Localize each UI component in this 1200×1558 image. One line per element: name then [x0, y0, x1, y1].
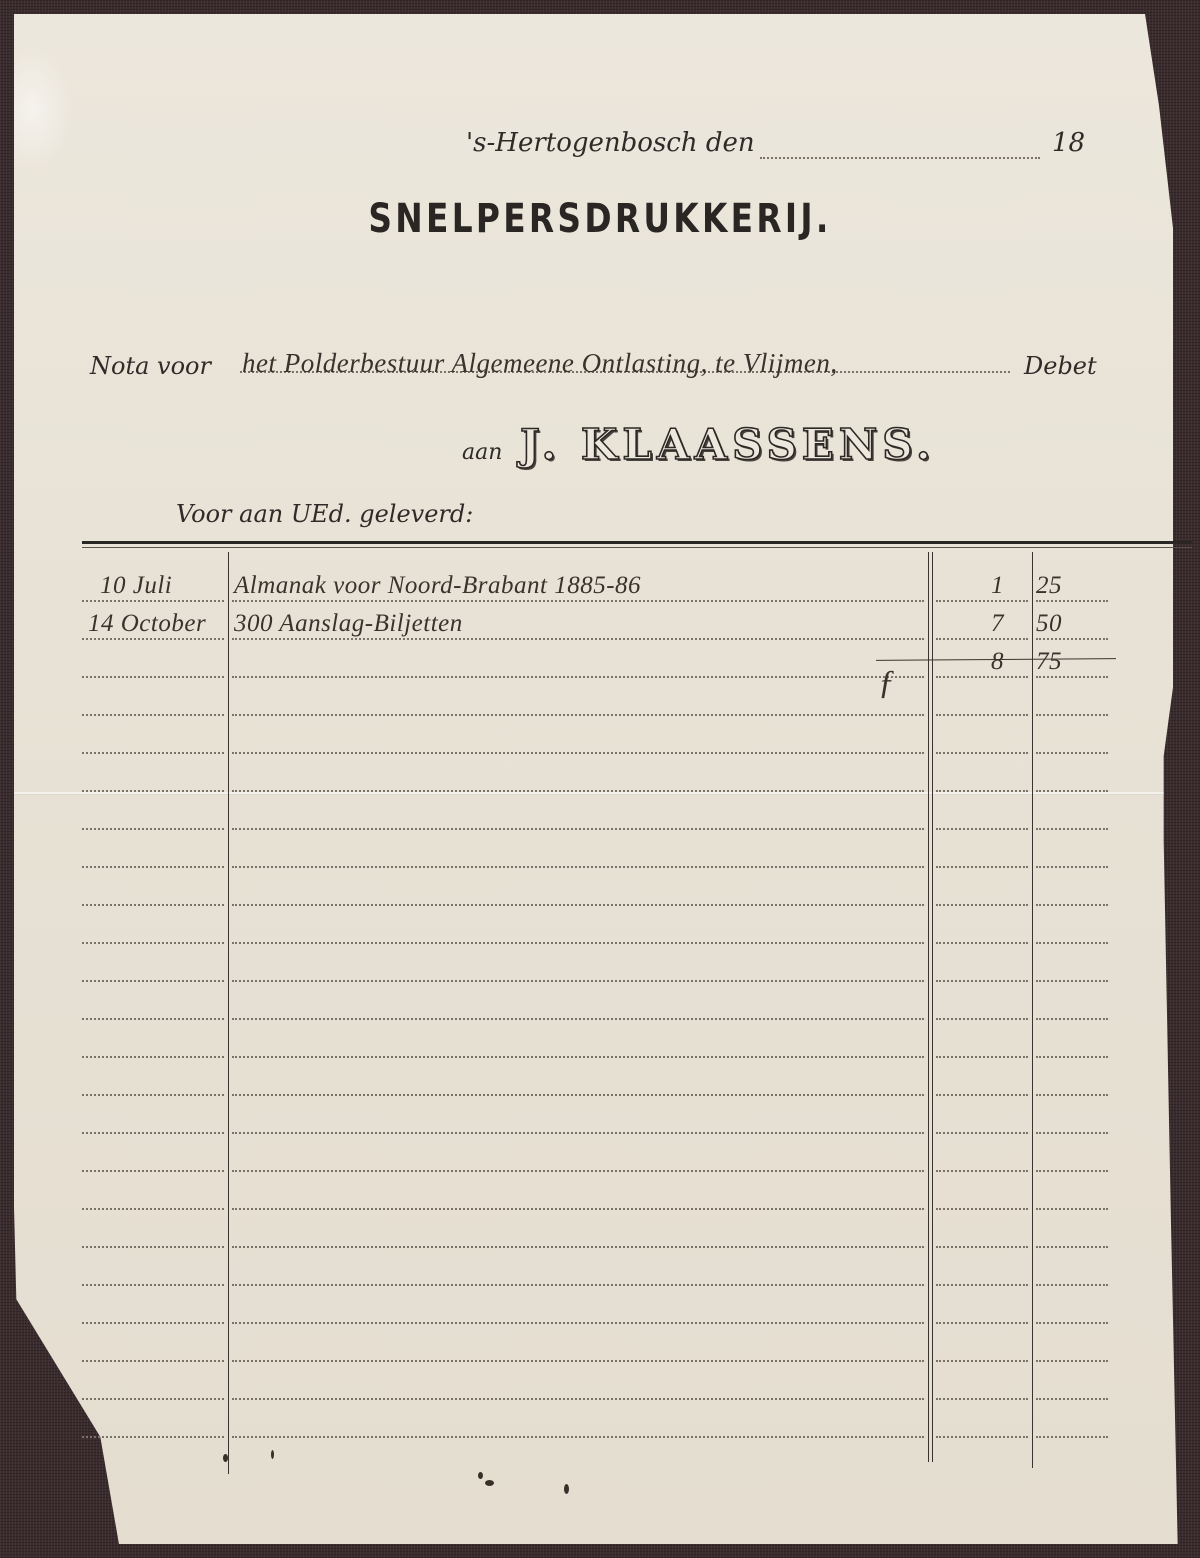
table-top-thin-rule — [82, 547, 1192, 548]
ink-stain — [223, 1454, 228, 1462]
item-guilders: 1 — [930, 572, 1004, 600]
table-row — [0, 1210, 1200, 1248]
addressee-value: het Polderbestuur Algemeene Ontlasting, … — [242, 348, 838, 379]
row-rule — [936, 1436, 1028, 1438]
table-row — [0, 906, 1200, 944]
row-rule — [1036, 1436, 1108, 1438]
table-row: 14 October 300 Aanslag-Biljetten 7 50 — [0, 602, 1200, 640]
row-rule — [232, 1436, 924, 1438]
table-row — [0, 1362, 1200, 1400]
nota-label: Nota voor — [90, 352, 211, 380]
date-blank-line — [760, 157, 1040, 159]
ink-stain — [485, 1480, 494, 1486]
table-row — [0, 1020, 1200, 1058]
item-date: 14 October — [88, 610, 206, 638]
row-rule — [82, 1436, 224, 1438]
table-row — [0, 1286, 1200, 1324]
table-row — [0, 1400, 1200, 1438]
table-row — [0, 1172, 1200, 1210]
table-row: 10 Juli Almanak voor Noord-Brabant 1885-… — [0, 564, 1200, 602]
ink-stain — [271, 1450, 274, 1459]
table-row — [0, 716, 1200, 754]
table-row — [0, 868, 1200, 906]
table-top-rule — [82, 541, 1192, 544]
item-date: 10 Juli — [100, 572, 172, 600]
table-row — [0, 1058, 1200, 1096]
total-cents: 75 — [1036, 648, 1062, 676]
table-row — [0, 944, 1200, 982]
item-cents: 25 — [1036, 572, 1062, 600]
table-row — [0, 1324, 1200, 1362]
ink-stain — [478, 1472, 483, 1479]
item-guilders: 7 — [930, 610, 1004, 638]
item-description: Almanak voor Noord-Brabant 1885-86 — [234, 572, 641, 600]
item-description: 300 Aanslag-Biljetten — [234, 610, 463, 638]
year-prefix: 18 — [1052, 128, 1085, 158]
place-date-label: 's-Hertogenbosch den — [466, 128, 755, 158]
florin-currency-symbol: ƒ — [878, 664, 896, 702]
table-row — [0, 1096, 1200, 1134]
table-row — [0, 982, 1200, 1020]
delivered-label: Voor aan UEd. geleverd: — [176, 500, 473, 528]
item-cents: 50 — [1036, 610, 1062, 638]
total-guilders: 8 — [930, 648, 1004, 676]
table-row — [0, 830, 1200, 868]
table-row — [0, 1248, 1200, 1286]
table-row — [0, 1134, 1200, 1172]
table-row — [0, 754, 1200, 792]
debit-label: Debet — [1024, 352, 1097, 380]
document-title: SNELPERSDRUKKERIJ. — [108, 196, 1092, 242]
merchant-prefix: aan — [462, 440, 502, 465]
ink-stain — [564, 1484, 569, 1494]
table-row — [0, 678, 1200, 716]
table-row — [0, 792, 1200, 830]
merchant-name: J. KLAASSENS. — [520, 420, 936, 469]
